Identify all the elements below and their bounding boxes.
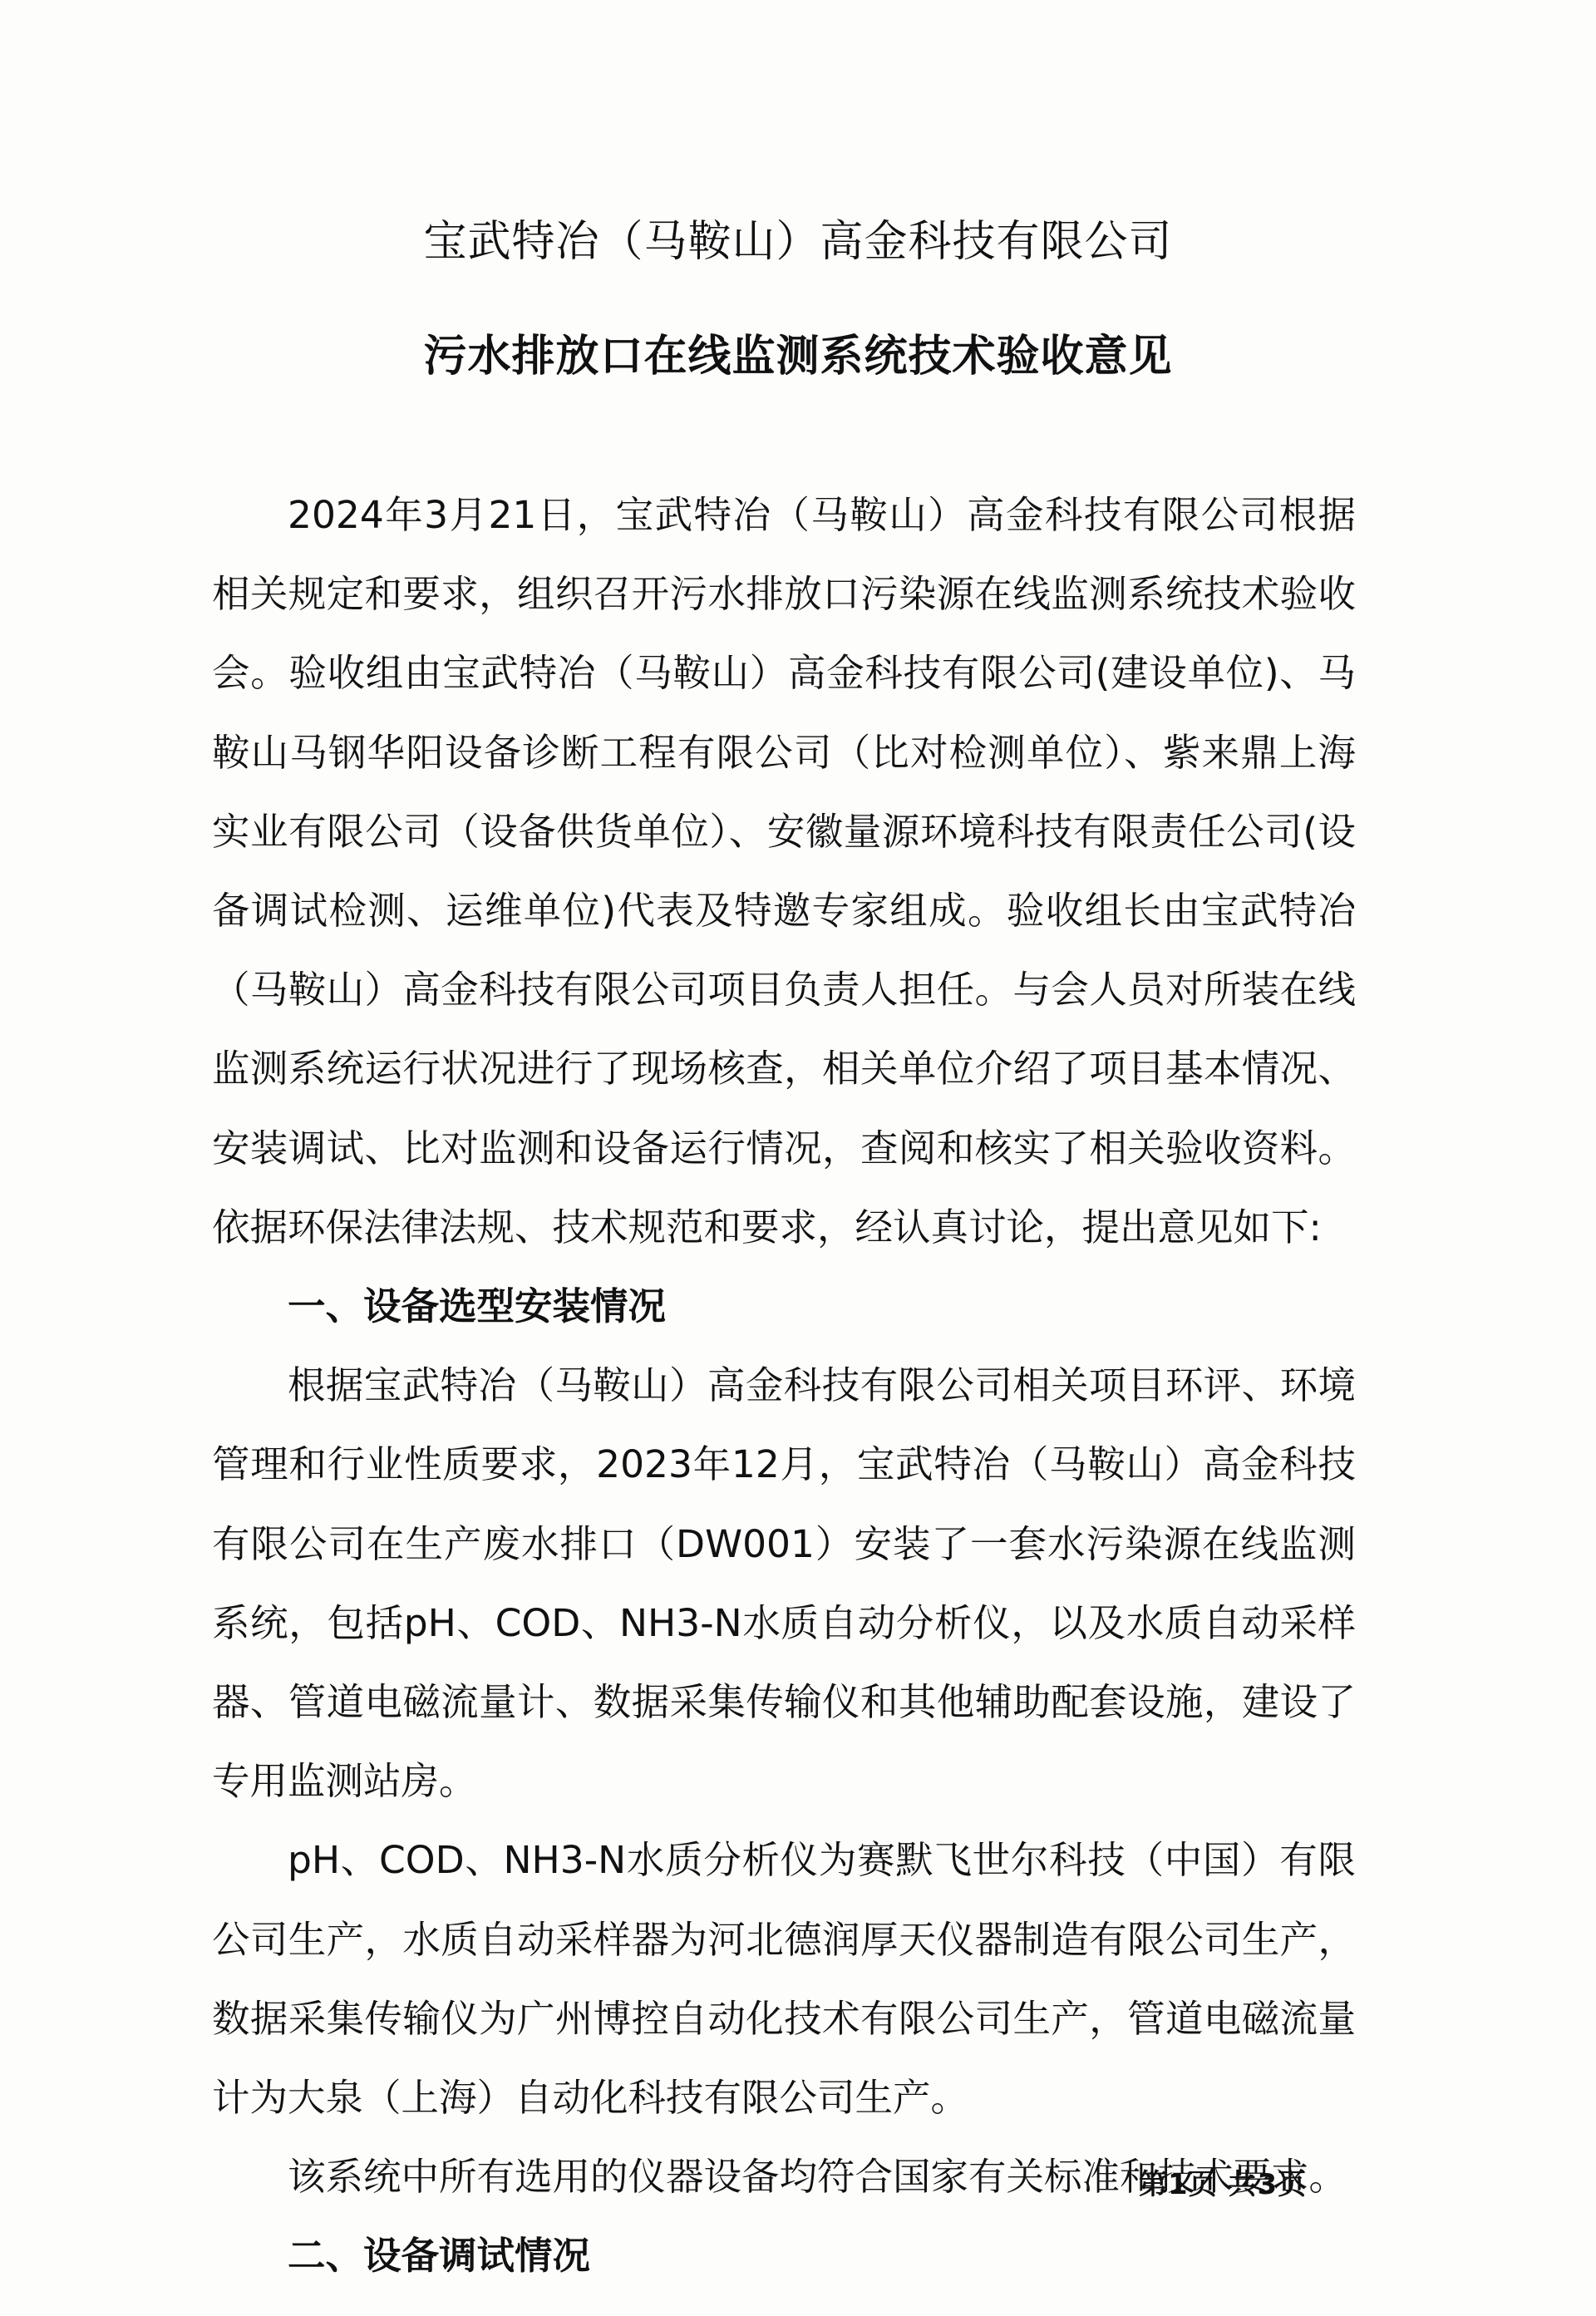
section-heading-equipment-debugging: 二、设备调试情况 bbox=[212, 2216, 1356, 2295]
document-title-subject: 污水排放口在线监测系统技术验收意见 bbox=[0, 321, 1596, 383]
equipment-manufacturers-paragraph: pH、COD、NH3-N水质分析仪为赛默飞世尔科技（中国）有限公司生产，水质自动… bbox=[212, 1821, 1356, 2137]
document-body: 2024年3月21日，宝武特冶（马鞍山）高金科技有限公司根据相关规定和要求，组织… bbox=[212, 476, 1356, 2296]
document-page: 宝武特冶（马鞍山）高金科技有限公司 污水排放口在线监测系统技术验收意见 2024… bbox=[0, 0, 1596, 2316]
document-title-company: 宝武特冶（马鞍山）高金科技有限公司 bbox=[0, 206, 1596, 269]
section-heading-equipment-installation: 一、设备选型安装情况 bbox=[212, 1267, 1356, 1346]
equipment-installation-paragraph: 根据宝武特冶（马鞍山）高金科技有限公司相关项目环评、环境管理和行业性质要求，20… bbox=[212, 1346, 1356, 1821]
intro-paragraph: 2024年3月21日，宝武特冶（马鞍山）高金科技有限公司根据相关规定和要求，组织… bbox=[212, 476, 1356, 1267]
page-number-indicator: 第1页 共3页 bbox=[1139, 2161, 1307, 2202]
